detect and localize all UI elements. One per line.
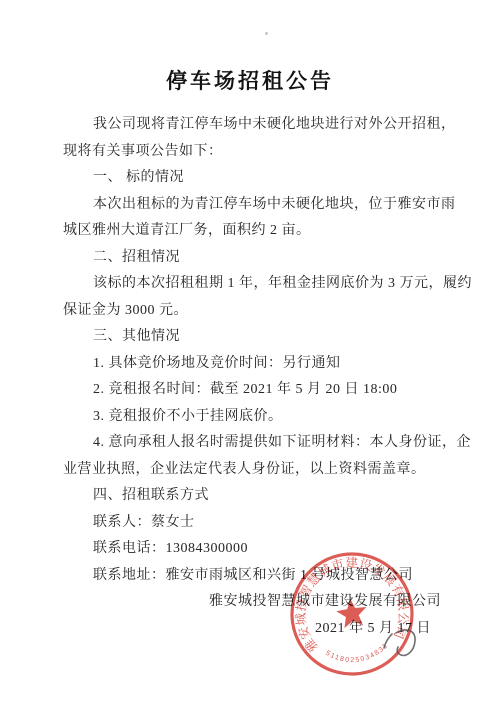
intro-line-2: 现将有关事项公告如下： xyxy=(63,139,441,166)
section-2-heading: 二、招租情况 xyxy=(63,245,441,272)
page-title: 停车场招租公告 xyxy=(0,68,500,96)
section-2-line-2: 保证金为 3000 元。 xyxy=(63,298,441,325)
handwritten-mark-icon xyxy=(375,624,427,680)
list-item-1: 1. 具体竞价场地及竞价时间：另行通知 xyxy=(63,351,441,378)
section-1-line-2: 城区雅州大道青江厂务，面积约 2 亩。 xyxy=(63,218,441,245)
list-item-3: 3. 竞租报价不小于挂网底价。 xyxy=(63,404,441,431)
list-item-4-line-1: 4. 意向承租人报名时需提供如下证明材料：本人身份证，企 xyxy=(63,430,441,457)
section-3-heading: 三、其他情况 xyxy=(63,324,441,351)
contact-person: 联系人：蔡女士 xyxy=(63,510,441,537)
intro-line-1: 我公司现将青江停车场中未硬化地块进行对外公开招租， xyxy=(63,112,441,139)
section-2-line-1: 该标的本次招租租期 1 年，年租金挂网底价为 3 万元，履约 xyxy=(63,271,441,298)
list-item-2: 2. 竞租报名时间：截至 2021 年 5 月 20 日 18:00 xyxy=(63,377,441,404)
section-4-heading: 四、招租联系方式 xyxy=(63,483,441,510)
document-page: 停车场招租公告 我公司现将青江停车场中未硬化地块进行对外公开招租， 现将有关事项… xyxy=(0,0,500,707)
list-item-4-line-2: 业营业执照，企业法定代表人身份证，以上资料需盖章。 xyxy=(63,457,441,484)
scan-speck xyxy=(265,32,268,35)
section-1-line-1: 本次出租标的为青江停车场中未硬化地块，位于雅安市雨 xyxy=(63,192,441,219)
seal-star-icon xyxy=(335,596,369,629)
section-1-heading: 一、 标的情况 xyxy=(63,165,441,192)
